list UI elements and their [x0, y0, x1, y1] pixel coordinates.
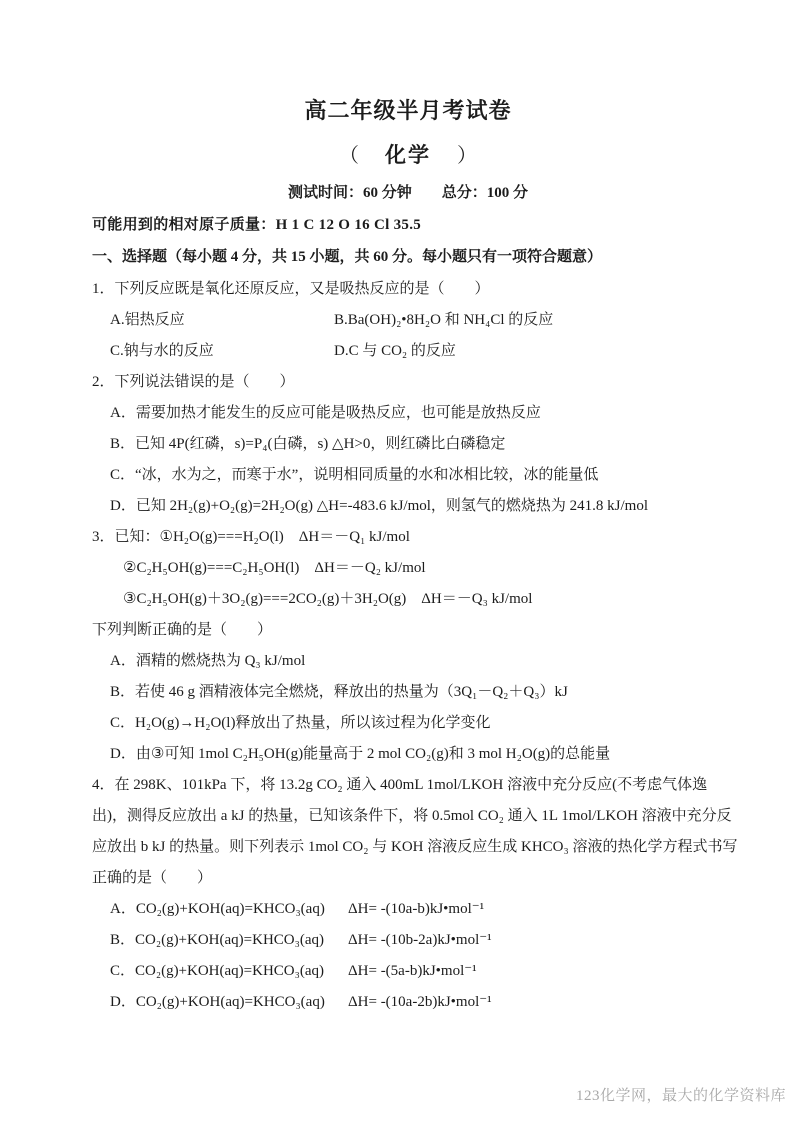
- q1-stem: 1．下列反应既是氧化还原反应，又是吸热反应的是（ ）: [92, 274, 724, 305]
- question-4: 4．在 298K、101kPa 下，将 13.2g CO₂ 通入 400mL 1…: [92, 770, 724, 1018]
- q4-stem-line-4: 正确的是（ ）: [92, 863, 724, 894]
- subject-open-paren: （: [339, 145, 359, 167]
- q1-option-a: A.铝热反应: [110, 305, 334, 336]
- subject-close-paren: ）: [457, 145, 477, 167]
- q2-option-c: C．“冰，水为之，而寒于水”，说明相同质量的水和冰相比较，冰的能量低: [92, 460, 724, 491]
- q3-option-d: D．由③可知 1mol C₂H₅OH(g)能量高于 2 mol CO₂(g)和 …: [92, 739, 724, 770]
- exam-page: 高二年级半月考试卷 （化学） 测试时间：60 分钟总分：100 分 可能用到的相…: [0, 0, 794, 1123]
- q2-option-d: D．已知 2H₂(g)+O₂(g)=2H₂O(g) △H=-483.6 kJ/m…: [92, 491, 724, 522]
- q4-option-b-equation: B．CO₂(g)+KOH(aq)=KHCO₃(aq): [110, 925, 348, 956]
- q3-option-c: C．H₂O(g)→H₂O(l)释放出了热量，所以该过程为化学变化: [92, 708, 724, 739]
- q3-continuation: 下列判断正确的是（ ）: [92, 615, 724, 646]
- q1-options-row-1: A.铝热反应 B.Ba(OH)₂•8H₂O 和 NH₄Cl 的反应: [92, 305, 724, 336]
- q1-option-b: B.Ba(OH)₂•8H₂O 和 NH₄Cl 的反应: [334, 305, 553, 336]
- q4-option-a-equation: A．CO₂(g)+KOH(aq)=KHCO₃(aq): [110, 894, 348, 925]
- q3-stem: 3．已知：①H₂O(g)===H₂O(l) ΔH＝－Q₁ kJ/mol: [92, 522, 724, 553]
- exam-title: 高二年级半月考试卷: [92, 97, 724, 125]
- q4-stem-line-3: 应放出 b kJ 的热量。则下列表示 1mol CO₂ 与 KOH 溶液反应生成…: [92, 832, 724, 863]
- q3-equation-2: ②C₂H₅OH(g)===C₂H₅OH(l) ΔH＝－Q₂ kJ/mol: [92, 553, 724, 584]
- q2-option-a: A．需要加热才能发生的反应可能是吸热反应，也可能是放热反应: [92, 398, 724, 429]
- q4-option-b: B．CO₂(g)+KOH(aq)=KHCO₃(aq) ΔH= -(10b-2a)…: [92, 925, 724, 956]
- question-3: 3．已知：①H₂O(g)===H₂O(l) ΔH＝－Q₁ kJ/mol ②C₂H…: [92, 522, 724, 770]
- q4-option-b-enthalpy: ΔH= -(10b-2a)kJ•mol⁻¹: [348, 925, 492, 956]
- q4-option-d-enthalpy: ΔH= -(10a-2b)kJ•mol⁻¹: [348, 987, 492, 1018]
- q3-equation-3: ③C₂H₅OH(g)＋3O₂(g)===2CO₂(g)＋3H₂O(g) ΔH＝－…: [92, 584, 724, 615]
- watermark-text: 123化学网，最大的化学资料库: [576, 1086, 786, 1106]
- q1-option-d: D.C 与 CO₂ 的反应: [334, 336, 456, 367]
- q4-option-a: A．CO₂(g)+KOH(aq)=KHCO₃(aq) ΔH= -(10a-b)k…: [92, 894, 724, 925]
- question-2: 2．下列说法错误的是（ ） A．需要加热才能发生的反应可能是吸热反应，也可能是放…: [92, 367, 724, 522]
- q4-stem-line-2: 出)，测得反应放出 a kJ 的热量，已知该条件下，将 0.5mol CO₂ 通…: [92, 801, 724, 832]
- total-score: 总分：100 分: [442, 185, 528, 201]
- subject-name: 化学: [385, 143, 431, 167]
- q1-option-c: C.钠与水的反应: [110, 336, 334, 367]
- question-list: 1．下列反应既是氧化还原反应，又是吸热反应的是（ ） A.铝热反应 B.Ba(O…: [92, 274, 724, 1018]
- q4-option-d-equation: D．CO₂(g)+KOH(aq)=KHCO₃(aq): [110, 987, 348, 1018]
- q4-option-c: C．CO₂(g)+KOH(aq)=KHCO₃(aq) ΔH= -(5a-b)kJ…: [92, 956, 724, 987]
- q4-option-c-equation: C．CO₂(g)+KOH(aq)=KHCO₃(aq): [110, 956, 348, 987]
- section-1-header: 一、选择题（每小题 4 分，共 15 小题，共 60 分。每小题只有一项符合题意…: [92, 246, 724, 268]
- q3-option-a: A．酒精的燃烧热为 Q₃ kJ/mol: [92, 646, 724, 677]
- question-1: 1．下列反应既是氧化还原反应，又是吸热反应的是（ ） A.铝热反应 B.Ba(O…: [92, 274, 724, 367]
- q4-option-a-enthalpy: ΔH= -(10a-b)kJ•mol⁻¹: [348, 894, 484, 925]
- q1-options-row-2: C.钠与水的反应 D.C 与 CO₂ 的反应: [92, 336, 724, 367]
- q4-option-c-enthalpy: ΔH= -(5a-b)kJ•mol⁻¹: [348, 956, 477, 987]
- subject-line: （化学）: [92, 141, 724, 170]
- q4-option-d: D．CO₂(g)+KOH(aq)=KHCO₃(aq) ΔH= -(10a-2b)…: [92, 987, 724, 1018]
- q2-option-b: B．已知 4P(红磷，s)=P₄(白磷，s) △H>0，则红磷比白磷稳定: [92, 429, 724, 460]
- exam-info-line: 测试时间：60 分钟总分：100 分: [92, 182, 724, 204]
- atomic-mass-note: 可能用到的相对原子质量：H 1 C 12 O 16 Cl 35.5: [92, 214, 724, 236]
- test-time: 测试时间：60 分钟: [288, 185, 412, 201]
- q3-option-b: B．若使 46 g 酒精液体完全燃烧，释放出的热量为（3Q₁－Q₂＋Q₃）kJ: [92, 677, 724, 708]
- q2-stem: 2．下列说法错误的是（ ）: [92, 367, 724, 398]
- q4-stem-line-1: 4．在 298K、101kPa 下，将 13.2g CO₂ 通入 400mL 1…: [92, 770, 724, 801]
